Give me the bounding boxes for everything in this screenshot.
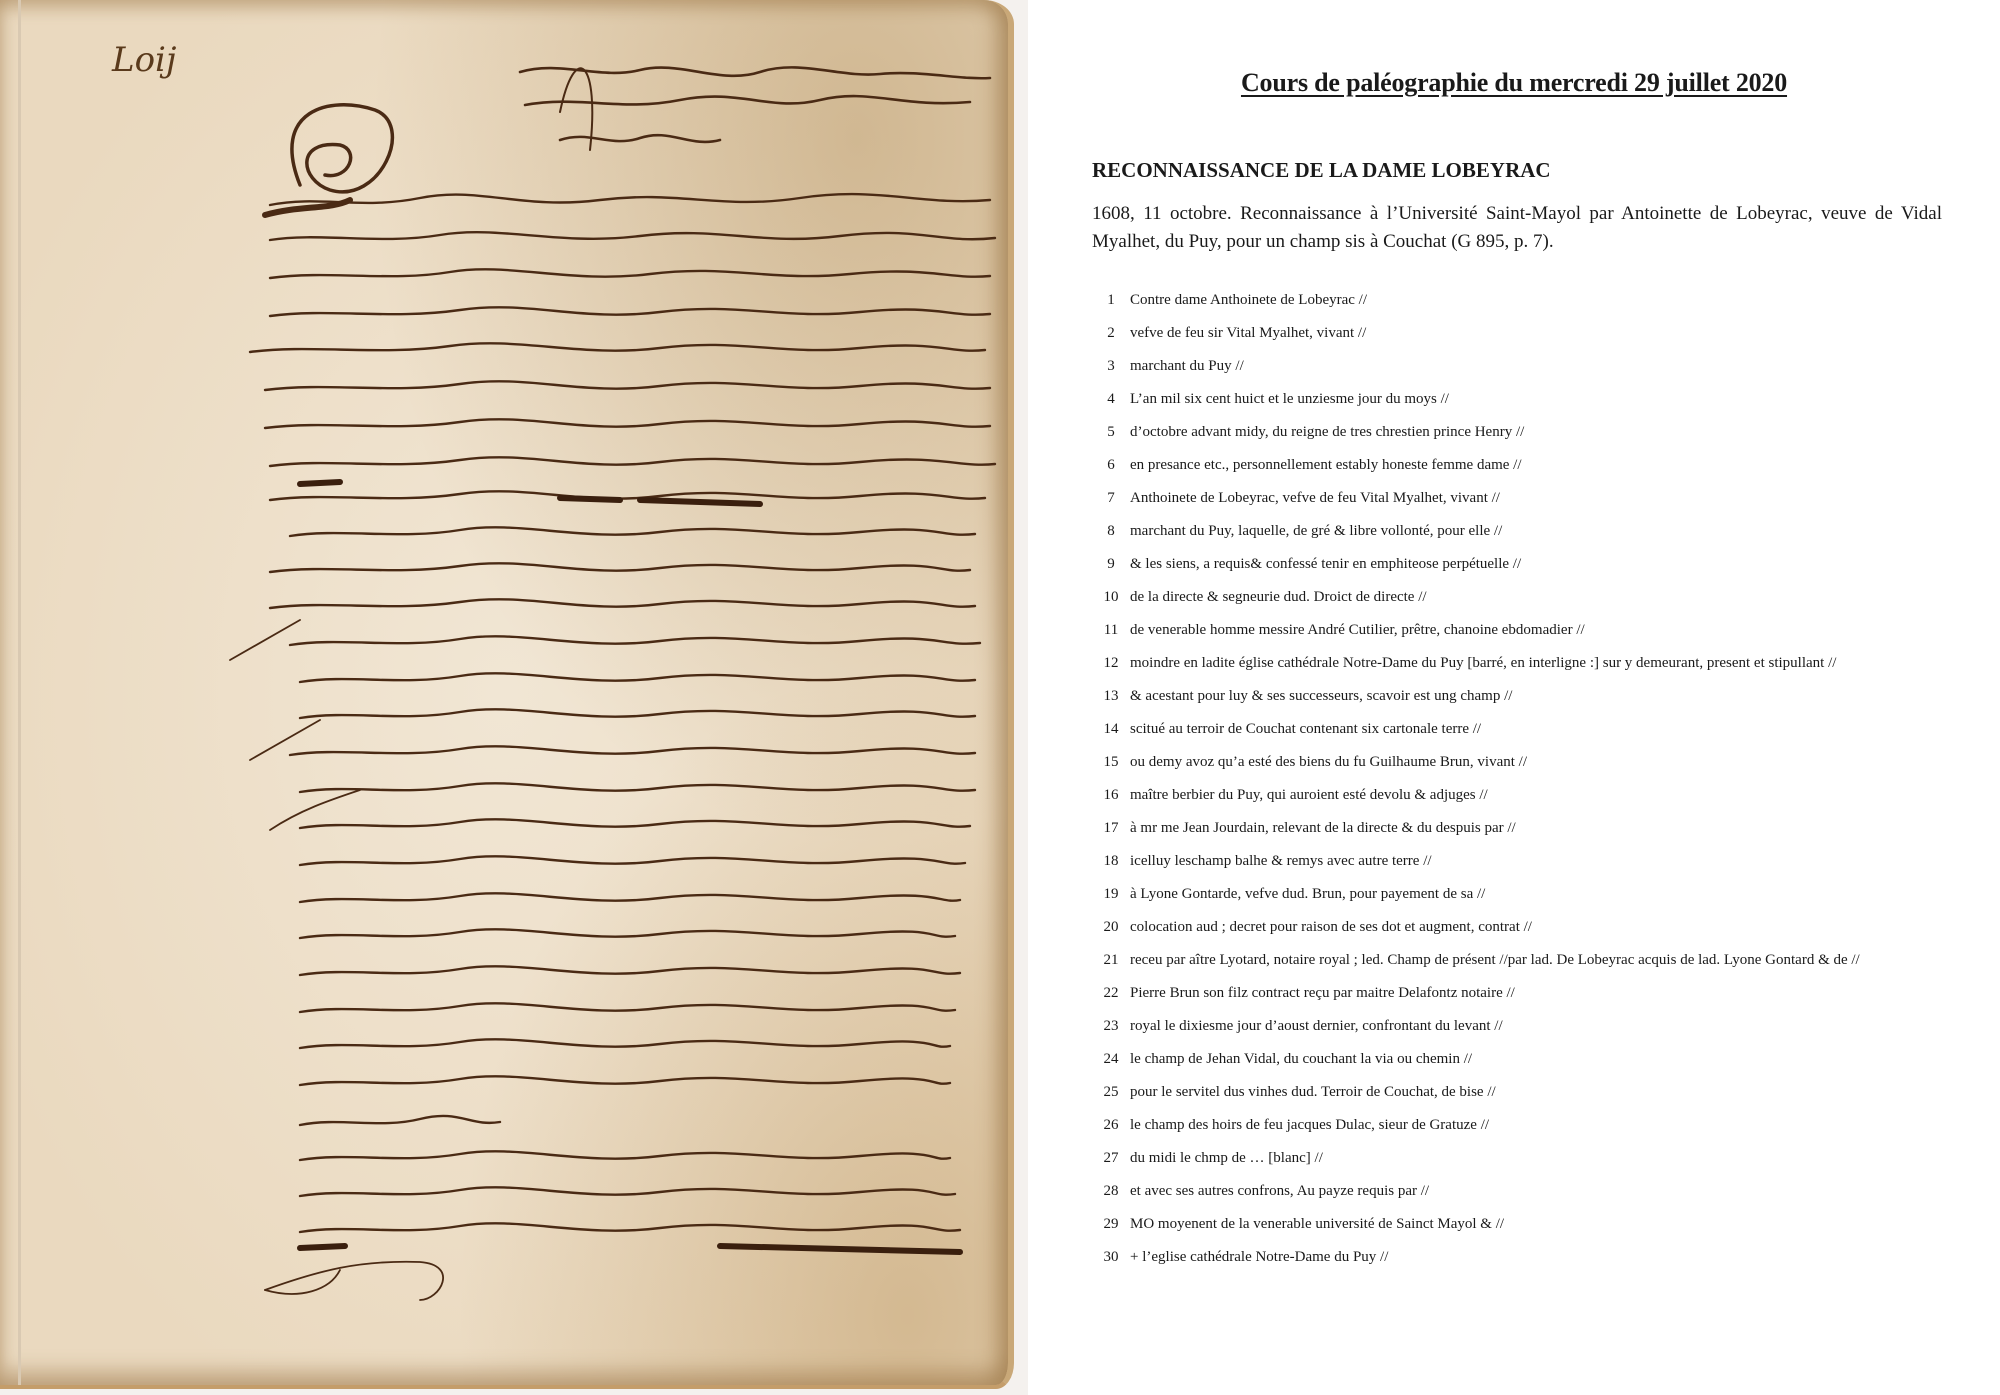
line-text: Pierre Brun son filz contract reçu par m… [1130,983,1972,1003]
line-number: 29 [1092,1214,1130,1234]
line-number: 10 [1092,587,1130,607]
line-text: de la directe & segneurie dud. Droict de… [1130,587,1972,607]
transcription-line: 10de la directe & segneurie dud. Droict … [1092,587,1972,607]
transcription-line: 6en presance etc., personnellement estab… [1092,455,1972,475]
transcription-line: 3marchant du Puy // [1092,356,1972,376]
transcription-line: 7Anthoinete de Lobeyrac, vefve de feu Vi… [1092,488,1972,508]
line-text: colocation aud ; decret pour raison de s… [1130,917,1972,937]
transcription-line: 20colocation aud ; decret pour raison de… [1092,917,1972,937]
transcription-line: 9& les siens, a requis& confessé tenir e… [1092,554,1972,574]
line-number: 25 [1092,1082,1130,1102]
line-number: 17 [1092,818,1130,838]
transcription-line: 5d’octobre advant midy, du reigne de tre… [1092,422,1972,442]
line-number: 14 [1092,719,1130,739]
transcription-line: 17à mr me Jean Jourdain, relevant de la … [1092,818,1972,838]
line-text: marchant du Puy // [1130,356,1972,376]
line-number: 23 [1092,1016,1130,1036]
transcription-line: 16maître berbier du Puy, qui auroient es… [1092,785,1972,805]
document-heading: RECONNAISSANCE DE LA DAME LOBEYRAC [1092,158,1551,183]
transcription-line: 12moindre en ladite église cathédrale No… [1092,653,1972,673]
transcription-panel: Cours de paléographie du mercredi 29 jui… [1028,0,2000,1395]
line-number: 2 [1092,323,1130,343]
transcription-line: 30+ l’eglise cathédrale Notre-Dame du Pu… [1092,1247,1972,1267]
line-number: 5 [1092,422,1130,442]
line-text: moindre en ladite église cathédrale Notr… [1130,653,1972,673]
line-number: 1 [1092,290,1130,310]
transcription-line: 21receu par aître Lyotard, notaire royal… [1092,950,1972,970]
transcription-line: 24le champ de Jehan Vidal, du couchant l… [1092,1049,1972,1069]
transcription-line: 15ou demy avoz qu’a esté des biens du fu… [1092,752,1972,772]
line-text: du midi le chmp de … [blanc] // [1130,1148,1972,1168]
line-text: icelluy leschamp balhe & remys avec autr… [1130,851,1972,871]
line-text: & les siens, a requis& confessé tenir en… [1130,554,1972,574]
line-text: royal le dixiesme jour d’aoust dernier, … [1130,1016,1972,1036]
line-text: & acestant pour luy & ses successeurs, s… [1130,686,1972,706]
line-number: 12 [1092,653,1130,673]
line-text: marchant du Puy, laquelle, de gré & libr… [1130,521,1972,541]
transcription-line: 25pour le servitel dus vinhes dud. Terro… [1092,1082,1972,1102]
line-number: 16 [1092,785,1130,805]
line-text: le champ des hoirs de feu jacques Dulac,… [1130,1115,1972,1135]
decorated-initial [265,105,392,215]
line-text: + l’eglise cathédrale Notre-Dame du Puy … [1130,1247,1972,1267]
line-number: 24 [1092,1049,1130,1069]
line-number: 21 [1092,950,1130,970]
line-number: 30 [1092,1247,1130,1267]
line-text: pour le servitel dus vinhes dud. Terroir… [1130,1082,1972,1102]
transcription-line: 2vefve de feu sir Vital Myalhet, vivant … [1092,323,1972,343]
document-summary: 1608, 11 octobre. Reconnaissance à l’Uni… [1092,200,1942,256]
line-number: 19 [1092,884,1130,904]
line-number: 20 [1092,917,1130,937]
transcription-line: 22Pierre Brun son filz contract reçu par… [1092,983,1972,1003]
line-text: L’an mil six cent huict et le unziesme j… [1130,389,1972,409]
line-text: d’octobre advant midy, du reigne de tres… [1130,422,1972,442]
transcription-line: 4L’an mil six cent huict et le unziesme … [1092,389,1972,409]
line-number: 11 [1092,620,1130,640]
course-title: Cours de paléographie du mercredi 29 jui… [1028,68,2000,98]
line-number: 7 [1092,488,1130,508]
manuscript-scan: Loij [0,0,1028,1395]
transcription-line: 28et avec ses autres confrons, Au payze … [1092,1181,1972,1201]
line-text: Contre dame Anthoinete de Lobeyrac // [1130,290,1972,310]
line-text: à Lyone Gontarde, vefve dud. Brun, pour … [1130,884,1972,904]
transcription-line: 14scitué au terroir de Couchat contenant… [1092,719,1972,739]
line-text: vefve de feu sir Vital Myalhet, vivant /… [1130,323,1972,343]
line-text: en presance etc., personnellement establ… [1130,455,1972,475]
line-number: 3 [1092,356,1130,376]
transcription-line: 26le champ des hoirs de feu jacques Dula… [1092,1115,1972,1135]
transcription-line: 1Contre dame Anthoinete de Lobeyrac // [1092,290,1972,310]
line-text: Anthoinete de Lobeyrac, vefve de feu Vit… [1130,488,1972,508]
transcription-lines: 1Contre dame Anthoinete de Lobeyrac // 2… [1092,290,1972,1280]
transcription-line: 18icelluy leschamp balhe & remys avec au… [1092,851,1972,871]
line-text: MO moyenent de la venerable université d… [1130,1214,1972,1234]
line-text: scitué au terroir de Couchat contenant s… [1130,719,1972,739]
line-text: le champ de Jehan Vidal, du couchant la … [1130,1049,1972,1069]
transcription-line: 27du midi le chmp de … [blanc] // [1092,1148,1972,1168]
line-text: de venerable homme messire André Cutilie… [1130,620,1972,640]
line-number: 22 [1092,983,1130,1003]
line-text: à mr me Jean Jourdain, relevant de la di… [1130,818,1972,838]
line-number: 6 [1092,455,1130,475]
line-number: 8 [1092,521,1130,541]
transcription-line: 23royal le dixiesme jour d’aoust dernier… [1092,1016,1972,1036]
script-lines [250,194,995,1232]
line-text: maître berbier du Puy, qui auroient esté… [1130,785,1972,805]
line-number: 28 [1092,1181,1130,1201]
transcription-line: 13& acestant pour luy & ses successeurs,… [1092,686,1972,706]
line-text: receu par aître Lyotard, notaire royal ;… [1130,950,1972,970]
line-number: 18 [1092,851,1130,871]
line-text: ou demy avoz qu’a esté des biens du fu G… [1130,752,1972,772]
line-number: 9 [1092,554,1130,574]
line-number: 13 [1092,686,1130,706]
transcription-line: 19à Lyone Gontarde, vefve dud. Brun, pou… [1092,884,1972,904]
transcription-line: 11de venerable homme messire André Cutil… [1092,620,1972,640]
line-number: 15 [1092,752,1130,772]
line-number: 27 [1092,1148,1130,1168]
line-number: 26 [1092,1115,1130,1135]
line-number: 4 [1092,389,1130,409]
transcription-line: 8marchant du Puy, laquelle, de gré & lib… [1092,521,1972,541]
handwritten-text [0,0,1028,1395]
transcription-line: 29MO moyenent de la venerable université… [1092,1214,1972,1234]
line-text: et avec ses autres confrons, Au payze re… [1130,1181,1972,1201]
